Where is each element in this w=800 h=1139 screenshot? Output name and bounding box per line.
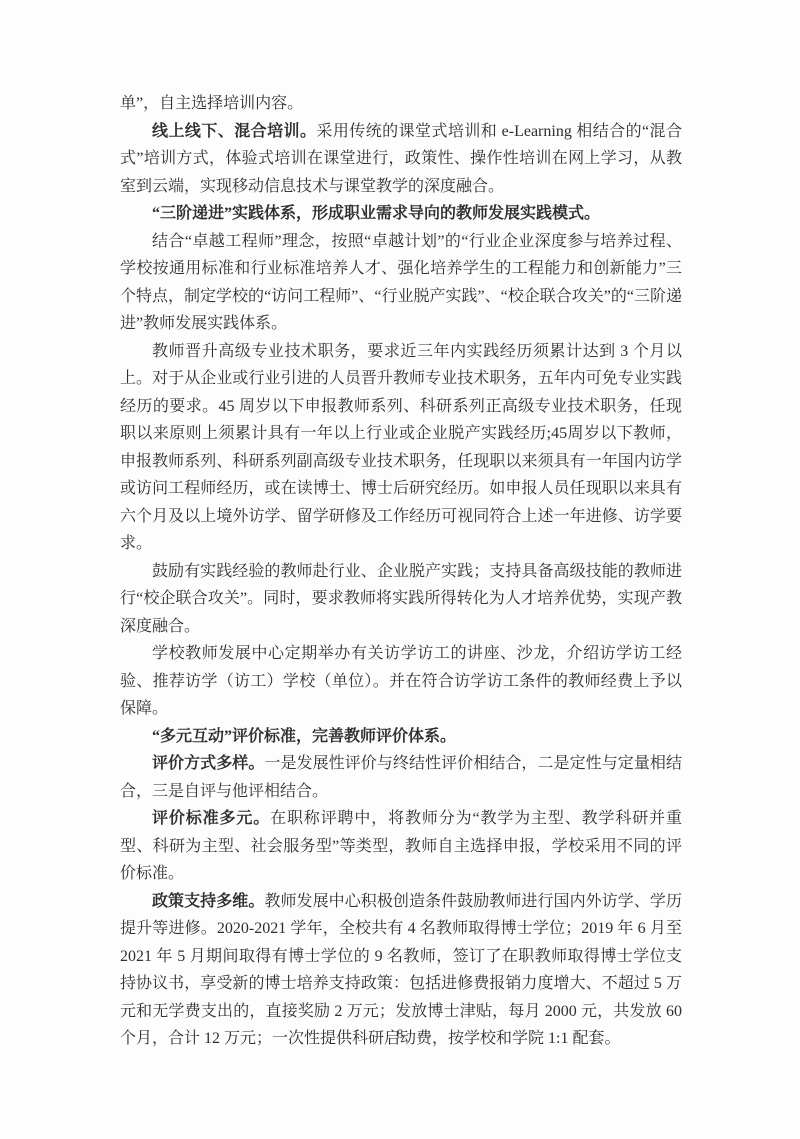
paragraph: 鼓励有实践经验的教师赴行业、企业脱产实践；支持具备高级技能的教师进行“校企联合攻…	[120, 558, 682, 641]
paragraph: 结合“卓越工程师”理念，按照“卓越计划”的“行业企业深度参与培养过程、学校按通用…	[120, 228, 682, 338]
paragraph-text: 单”，自主选择培训内容。	[120, 95, 303, 112]
paragraph-lead: 政策支持多维。	[152, 893, 264, 910]
paragraph: 学校教师发展中心定期举办有关访学访工的讲座、沙龙，介绍访学访工经验、推荐访学（访…	[120, 640, 682, 723]
document-page: 单”，自主选择培训内容。 线上线下、混合培训。采用传统的课堂式培训和 e-Lea…	[0, 0, 800, 1139]
paragraph-text: 学校教师发展中心定期举办有关访学访工的讲座、沙龙，介绍访学访工经验、推荐访学（访…	[120, 645, 682, 717]
paragraph: 单”，自主选择培训内容。	[120, 90, 682, 118]
paragraph-text: 结合“卓越工程师”理念，按照“卓越计划”的“行业企业深度参与培养过程、学校按通用…	[120, 233, 682, 333]
paragraph-lead: 评价方式多样。	[152, 755, 264, 772]
paragraph-text: 教师发展中心积极创造条件鼓励教师进行国内外访学、学历提升等进修。2020-202…	[120, 893, 682, 1048]
paragraph: 教师晋升高级专业技术职务，要求近三年内实践经历须累计达到 3 个月以上。对于从企…	[120, 338, 682, 558]
document-body: 单”，自主选择培训内容。 线上线下、混合培训。采用传统的课堂式培训和 e-Lea…	[120, 90, 682, 1053]
paragraph: 评价方式多样。一是发展性评价与终结性评价相结合，二是定性与定量相结合，三是自评与…	[120, 750, 682, 805]
paragraph: 评价标准多元。在职称评聘中，将教师分为“教学为主型、教学科研并重型、科研为主型、…	[120, 805, 682, 888]
paragraph-lead: 评价标准多元。	[152, 810, 270, 827]
section-heading: “多元互动”评价标准，完善教师评价体系。	[120, 723, 682, 751]
paragraph-text: “三阶递进”实践体系，形成职业需求导向的教师发展实践模式。	[152, 205, 600, 222]
paragraph-text: “多元互动”评价标准，完善教师评价体系。	[152, 728, 456, 745]
section-heading: “三阶递进”实践体系，形成职业需求导向的教师发展实践模式。	[120, 200, 682, 228]
paragraph-lead: 线上线下、混合培训。	[152, 123, 316, 140]
paragraph: 线上线下、混合培训。采用传统的课堂式培训和 e-Learning 相结合的“混合…	[120, 118, 682, 201]
page-number: 8	[0, 1026, 800, 1042]
paragraph-text: 鼓励有实践经验的教师赴行业、企业脱产实践；支持具备高级技能的教师进行“校企联合攻…	[120, 563, 682, 635]
paragraph-text: 教师晋升高级专业技术职务，要求近三年内实践经历须累计达到 3 个月以上。对于从企…	[120, 343, 682, 553]
